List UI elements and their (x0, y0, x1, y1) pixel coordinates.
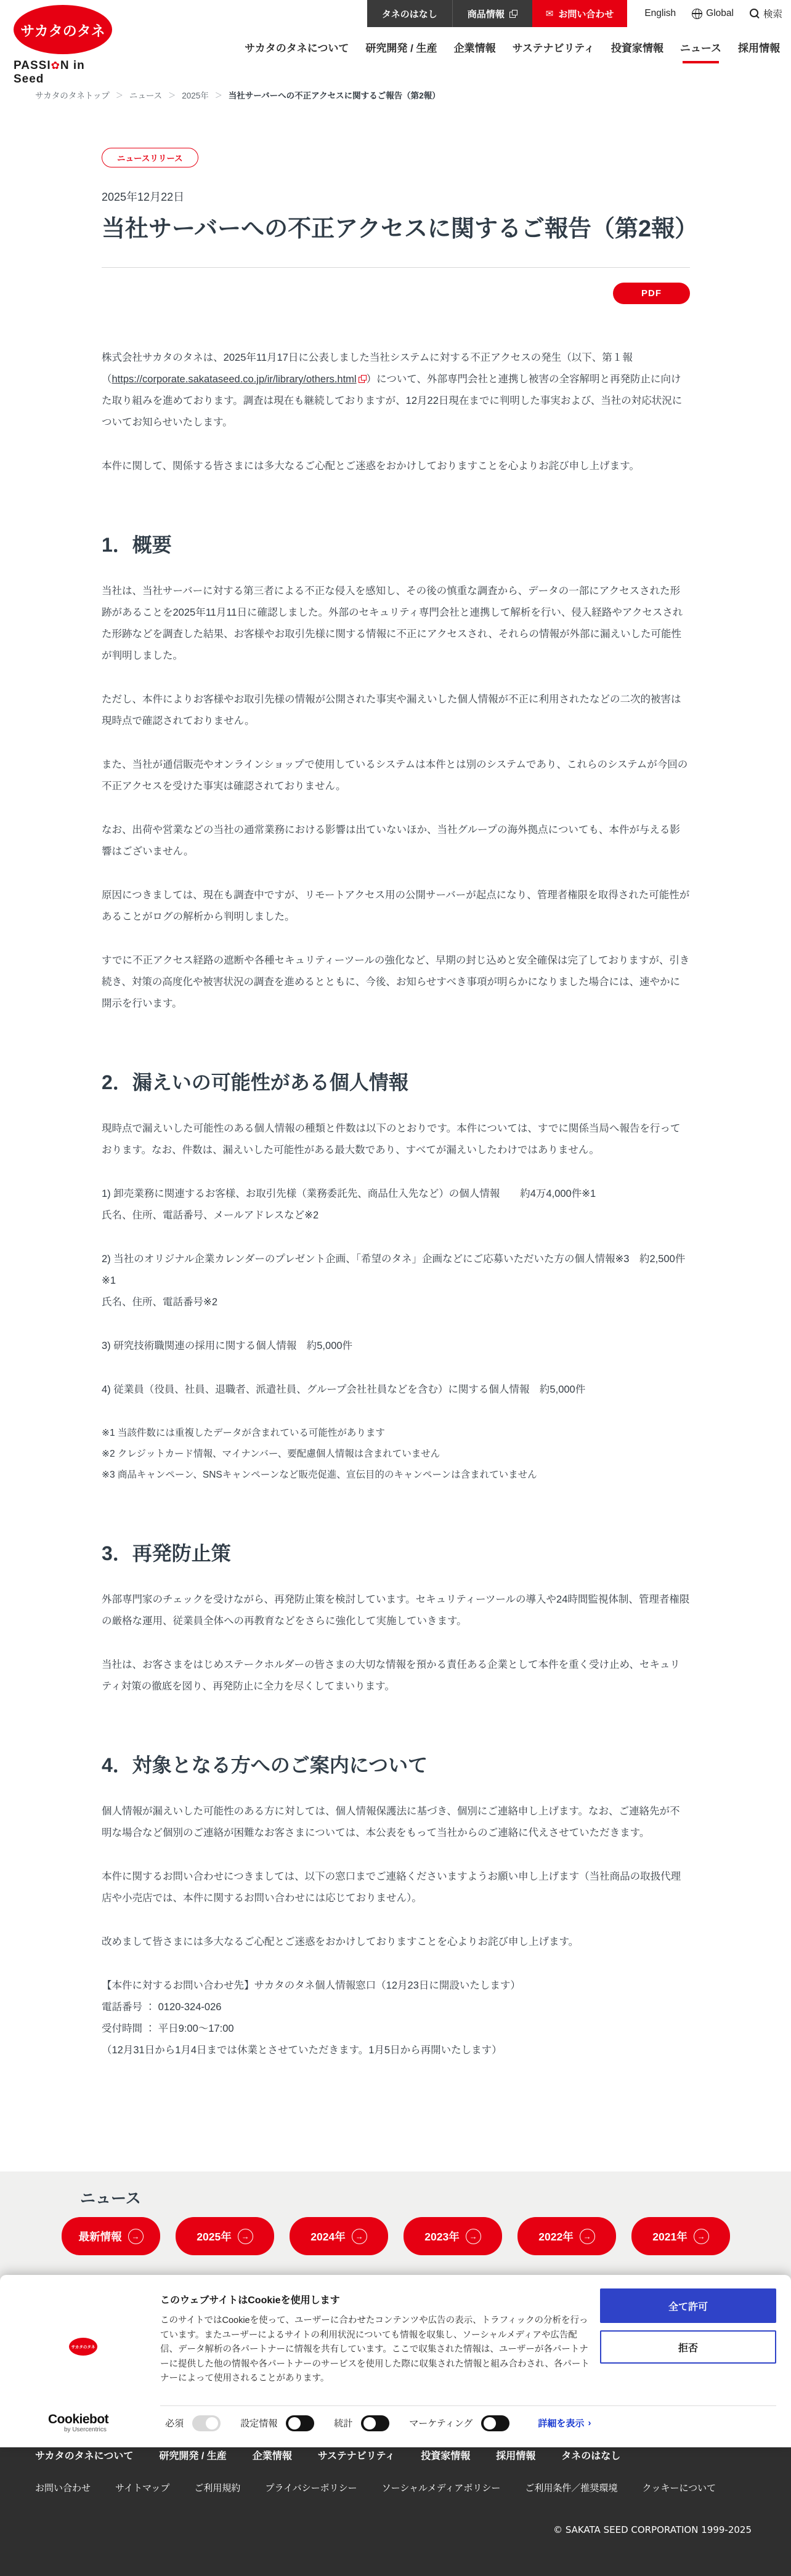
leak-item-3: 3) 研究技術職関連の採用に関する個人情報 約5,000件 (102, 1335, 690, 1357)
s3-paragraph: 当社は、お客さまをはじめステークホルダーの皆さまの大切な情報を預かる責任ある企業… (102, 1654, 690, 1697)
first-report-link[interactable]: https://corporate.sakataseed.co.jp/ir/li… (112, 374, 357, 385)
nav-recruit[interactable]: 採用情報 (738, 39, 780, 63)
s1-paragraph: 原因につきましては、現在も調査中ですが、リモートアクセス用の公開サーバーが起点に… (102, 885, 690, 928)
footnote-3: ※3 商品キャンペーン、SNSキャンペーンなど販売促進、宣伝目的のキャンペーンは… (102, 1465, 690, 1486)
globe-icon (692, 9, 702, 19)
breadcrumb-2025[interactable]: 2025年 (182, 89, 209, 101)
title-divider (102, 267, 690, 268)
page: サカタのタネ PASSI✿N in Seed タネのはなし 商品情報 ✉ お問い… (0, 0, 791, 2576)
article-date: 2025年12月22日 (102, 188, 690, 204)
cookie-text-block: このウェブサイトはCookieを使用します このサイトではCookieを使って、… (160, 2292, 591, 2386)
footer-nav-tane[interactable]: タネのはなし (561, 2448, 620, 2462)
s1-paragraph: ただし、本件によりお客様やお取引先様の情報が公開された事実や漏えいした個人情報が… (102, 689, 690, 732)
toggle-label-marketing: マーケティング (409, 2417, 473, 2429)
search-button[interactable]: 検索 (750, 7, 782, 20)
arrow-circle-icon: → (128, 2229, 144, 2244)
toggle-necessary (192, 2415, 221, 2431)
leak-item-2: 2) 当社のオリジナル企業カレンダーのプレゼント企画、「希望のタネ」企画などにご… (102, 1249, 690, 1313)
cookie-toggles: 必須 設定情報 統計 マーケティング (165, 2415, 521, 2431)
arrow-circle-icon: → (352, 2229, 367, 2244)
contact-holiday: （12月31日から1月4日までは休業とさせていただきます。1月5日から再開いたし… (102, 2040, 690, 2061)
search-icon (750, 9, 760, 18)
news-release-badge: ニュースリリース (102, 148, 198, 167)
logo-text: サカタのタネ (20, 20, 105, 40)
footer-nav-about[interactable]: サカタのタネについて (35, 2448, 133, 2462)
chevron-icon: ＞ (116, 90, 123, 100)
footer-link-social[interactable]: ソーシャルメディアポリシー (382, 2481, 501, 2494)
copyright: © SAKATA SEED CORPORATION 1999-2025 (553, 2524, 752, 2535)
utility-products[interactable]: 商品情報 (452, 0, 532, 27)
section-2-heading: 2．漏えいの可能性がある個人情報 (102, 1069, 690, 1096)
main-nav: サカタのタネについて 研究開発 / 生産 企業情報 サステナビリティ 投資家情報… (245, 39, 780, 63)
cookie-show-details-link[interactable]: 詳細を表示 › (538, 2417, 591, 2429)
section-4-heading: 4．対象となる方へのご案内について (102, 1752, 690, 1779)
nav-research[interactable]: 研究開発 / 生産 (365, 39, 437, 63)
footnotes: ※1 当該件数には重複したデータが含まれている可能性があります ※2 クレジット… (102, 1423, 690, 1486)
utility-contact-button[interactable]: ✉ お問い合わせ (532, 0, 628, 27)
contact-phone: 電話番号 ： 0120-324-026 (102, 1997, 690, 2018)
footer-link-cookies[interactable]: クッキーについて (642, 2481, 716, 2494)
pdf-row: PDF (102, 283, 690, 304)
pdf-download-button[interactable]: PDF (613, 283, 690, 304)
s1-paragraph: 当社は、当社サーバーに対する第三者による不正な侵入を感知し、その後の慎重な調査か… (102, 581, 690, 667)
intro-paragraph-1: 株式会社サカタのタネは、2025年11月17日に公表しました当社システムに対する… (102, 347, 690, 433)
news-year-buttons: 最新情報→ 2025年→ 2024年→ 2023年→ 2022年→ 2021年→ (62, 2217, 730, 2255)
s1-paragraph: また、当社が通信販売やオンラインショップで使用しているシステムは本件とは別のシス… (102, 754, 690, 797)
news-latest-button[interactable]: 最新情報→ (62, 2217, 160, 2255)
arrow-circle-icon: → (580, 2229, 595, 2244)
global-link[interactable]: Global (692, 8, 734, 19)
page-title: 当社サーバーへの不正アクセスに関するご報告（第2報） (102, 213, 690, 245)
leak-item-1: 1) 卸売業務に関連するお客様、お取引先様（業務委託先、商品仕入先など）の個人情… (102, 1183, 690, 1226)
nav-news[interactable]: ニュース (680, 39, 721, 63)
footnote-2: ※2 クレジットカード情報、マイナンバー、要配慮個人情報は含まれていません (102, 1444, 690, 1465)
toggle-marketing[interactable] (481, 2415, 509, 2431)
footer-nav-research[interactable]: 研究開発 / 生産 (159, 2448, 226, 2462)
footer-nav: サカタのタネについて 研究開発 / 生産 企業情報 サステナビリティ 投資家情報… (35, 2448, 620, 2462)
sakata-logo[interactable]: サカタのタネ PASSI✿N in Seed (14, 5, 115, 86)
s4-paragraph: 本件に関するお問い合わせにつきましては、以下の窓口までご連絡くださいますようお願… (102, 1866, 690, 1909)
s2-intro: 現時点で漏えいした可能性のある個人情報の種類と件数は以下のとおりです。本件につい… (102, 1118, 690, 1161)
nav-sustainability[interactable]: サステナビリティ (513, 39, 594, 63)
toggle-preferences[interactable] (286, 2415, 314, 2431)
lang-english-link[interactable]: English (644, 8, 676, 19)
footer-nav-corporate[interactable]: 企業情報 (253, 2448, 292, 2462)
news-2024-button[interactable]: 2024年→ (290, 2217, 388, 2255)
footer-link-privacy[interactable]: プライバシーポリシー (265, 2481, 357, 2494)
s1-paragraph: なお、出荷や営業などの当社の通常業務における影響は出ていないほか、当社グループの… (102, 819, 690, 863)
cookie-title: このウェブサイトはCookieを使用します (160, 2292, 591, 2306)
breadcrumb: サカタのタネトップ ＞ ニュース ＞ 2025年 ＞ 当社サーバーへの不正アクセ… (0, 79, 791, 101)
news-2023-button[interactable]: 2023年→ (404, 2217, 502, 2255)
footer-nav-investors[interactable]: 投資家情報 (421, 2448, 470, 2462)
s1-paragraph: すでに不正アクセス経路の遮断や各種セキュリティーツールの強化など、早期の封じ込め… (102, 950, 690, 1015)
footer-nav-recruit[interactable]: 採用情報 (496, 2448, 535, 2462)
chevron-right-icon: › (588, 2418, 591, 2428)
article: ニュースリリース 2025年12月22日 当社サーバーへの不正アクセスに関するご… (102, 101, 690, 2061)
mail-icon: ✉ (546, 9, 554, 18)
cookie-bottom-bar: Cookiebot by Usercentrics 必須 設定情報 統計 マーケ… (48, 2413, 776, 2433)
external-link-icon (359, 375, 367, 383)
nav-about[interactable]: サカタのタネについて (245, 39, 349, 63)
arrow-circle-icon: → (466, 2229, 481, 2244)
cookie-body: このサイトではCookieを使って、ユーザーに合わせたコンテンツや広告の表示、ト… (160, 2314, 591, 2386)
section-3-heading: 3．再発防止策 (102, 1540, 690, 1567)
cookie-sakata-logo: サカタのタネ (69, 2338, 97, 2356)
toggle-label-preferences: 設定情報 (240, 2417, 277, 2429)
chevron-icon: ＞ (215, 90, 222, 100)
chevron-icon: ＞ (168, 90, 176, 100)
breadcrumb-home[interactable]: サカタのタネトップ (35, 89, 110, 101)
logo-oval: サカタのタネ (14, 5, 112, 54)
footer-link-terms[interactable]: ご利用規約 (194, 2481, 240, 2494)
utility-right-group: English Global 検索 (627, 0, 791, 27)
toggle-label-necessary: 必須 (165, 2417, 184, 2429)
news-2022-button[interactable]: 2022年→ (517, 2217, 616, 2255)
site-header: サカタのタネ PASSI✿N in Seed タネのはなし 商品情報 ✉ お問い… (0, 0, 791, 79)
s3-paragraph: 外部専門家のチェックを受けながら、再発防止策を検討しています。セキュリティーツー… (102, 1589, 690, 1632)
cookie-allow-all-button[interactable]: 全て許可 (600, 2288, 776, 2323)
intro-paragraph-2: 本件に関して、関係する皆さまには多大なるご心配とご迷惑をおかけしておりますことを… (102, 456, 690, 477)
external-link-icon (509, 10, 517, 18)
footer-links: お問い合わせ サイトマップ ご利用規約 プライバシーポリシー ソーシャルメディア… (35, 2481, 716, 2494)
nav-investors[interactable]: 投資家情報 (611, 39, 663, 63)
arrow-circle-icon: → (238, 2229, 253, 2244)
contact-hours: 受付時間 ： 平日9:00～17:00 (102, 2018, 690, 2040)
contact-title: 【本件に対するお問い合わせ先】サカタのタネ個人情報窓口（12月23日に開設いたし… (102, 1975, 690, 1997)
cookie-deny-button[interactable]: 拒否 (600, 2330, 776, 2364)
nav-corporate[interactable]: 企業情報 (454, 39, 496, 63)
news-2021-button[interactable]: 2021年→ (631, 2217, 730, 2255)
cookie-divider (160, 2405, 776, 2406)
toggle-statistics[interactable] (361, 2415, 389, 2431)
logo-tagline: PASSI✿N in Seed (14, 59, 115, 86)
cookie-buttons: 全て許可 拒否 (600, 2288, 776, 2364)
cookie-consent-banner: サカタのタネ このウェブサイトはCookieを使用します このサイトではCook… (0, 2275, 791, 2447)
s4-paragraph: 個人情報が漏えいした可能性のある方に対しては、個人情報保護法に基づき、個別にご連… (102, 1801, 690, 1844)
news-2025-button[interactable]: 2025年→ (176, 2217, 274, 2255)
footer-nav-sustainability[interactable]: サステナビリティ (318, 2448, 395, 2462)
s4-paragraph: 改めまして皆さまには多大なるご心配とご迷惑をおかけしておりますことを心よりお詫び… (102, 1931, 690, 1953)
utility-tane-no-hanashi[interactable]: タネのはなし (367, 0, 452, 27)
breadcrumb-news[interactable]: ニュース (129, 89, 162, 101)
footer-link-sitemap[interactable]: サイトマップ (115, 2481, 169, 2494)
site-footer: サカタのタネについて 研究開発 / 生産 企業情報 サステナビリティ 投資家情報… (0, 2432, 791, 2576)
utility-bar: タネのはなし 商品情報 ✉ お問い合わせ English Global 検索 (367, 0, 791, 27)
cookiebot-logo[interactable]: Cookiebot by Usercentrics (48, 2413, 108, 2433)
footnote-1: ※1 当該件数には重複したデータが含まれている可能性があります (102, 1423, 690, 1444)
section-1-heading: 1．概要 (102, 531, 690, 558)
footer-link-contact[interactable]: お問い合わせ (35, 2481, 91, 2494)
leak-item-4: 4) 従業員（役員、社員、退職者、派遣社員、グループ会社社員などを含む）に関する… (102, 1379, 690, 1401)
arrow-circle-icon: → (694, 2229, 709, 2244)
flower-icon: ✿ (51, 60, 60, 71)
toggle-label-statistics: 統計 (334, 2417, 352, 2429)
news-band-heading: ニュース (80, 2186, 141, 2208)
footer-link-conditions[interactable]: ご利用条件／推奨環境 (525, 2481, 617, 2494)
breadcrumb-current: 当社サーバーへの不正アクセスに関するご報告（第2報） (229, 89, 440, 101)
contact-block: 【本件に対するお問い合わせ先】サカタのタネ個人情報窓口（12月23日に開設いたし… (102, 1975, 690, 2061)
